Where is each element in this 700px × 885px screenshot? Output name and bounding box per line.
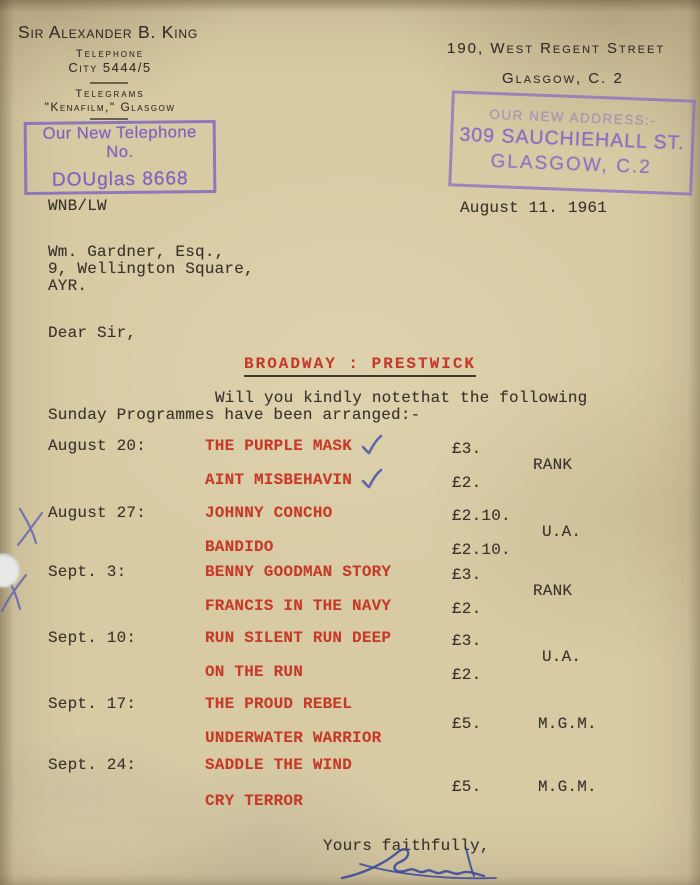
film-title: CRY TERROR [205,792,303,810]
new-telephone-stamp: Our New Telephone No. DOUglas 8668 [24,120,217,195]
telegrams-value: "Kenafilm," Glasgow [25,100,195,114]
programme-date: Sept. 10: [48,629,136,647]
distributor-label: M.G.M. [538,715,597,733]
film-price: £5. [452,778,481,796]
film-title: JOHNNY CONCHO [205,504,332,522]
distributor-label: RANK [533,582,572,600]
check-icon [360,468,384,490]
film-title: FRANCIS IN THE NAVY [205,597,391,615]
new-address-stamp: OUR NEW ADDRESS:- 309 SAUCHIEHALL ST. GL… [448,90,696,195]
distributor-label: RANK [533,456,572,474]
film-price: £2. [452,600,481,618]
film-title: UNDERWATER WARRIOR [205,729,381,747]
film-price: £5. [452,715,481,733]
stamp-line: Our New Telephone No. [27,123,213,163]
letterhead-rule-top [90,82,128,84]
recipient-street: 9, Wellington Square, [48,260,254,278]
reference-code: WNB/LW [48,197,107,215]
distributor-label: U.A. [542,648,581,666]
telephone-number: City 5444/5 [45,60,175,75]
programme-entry: August 20: THE PURPLE MASK £3. AINT MISB… [48,437,668,509]
distributor-label: M.G.M. [538,778,597,796]
film-title: THE PURPLE MASK [205,437,352,455]
film-title: BENNY GOODMAN STORY [205,563,391,581]
film-price: £3. [452,566,481,584]
film-price: £3. [452,440,481,458]
programme-date: Sept. 24: [48,756,136,774]
programme-entry: Sept. 24: SADDLE THE WIND CRY TERROR £5.… [48,756,668,828]
letter-scan: Sir Alexander B. King Telephone City 544… [0,0,700,885]
letterhead-address-line1: 190, West Regent Street [447,40,665,57]
film-price: £2.10. [452,541,511,559]
film-title: RUN SILENT RUN DEEP [205,629,391,647]
signature [338,842,514,885]
film-title: AINT MISBEHAVIN [205,471,352,489]
programme-date: August 20: [48,437,146,455]
programme-date: August 27: [48,504,146,522]
programme-entry: Sept. 3: BENNY GOODMAN STORY £3. FRANCIS… [48,563,668,635]
body-line-2: Sunday Programmes have been arranged:- [48,406,420,424]
film-title: ON THE RUN [205,663,303,681]
letter-date: August 11. 1961 [460,199,607,217]
check-icon [360,434,384,456]
recipient-town: AYR. [48,277,87,295]
body-line-1: Will you kindly notethat the following [215,389,587,407]
film-price: £2.10. [452,507,511,525]
film-price: £3. [452,632,481,650]
film-price: £2. [452,474,481,492]
programme-date: Sept. 3: [48,563,126,581]
telephone-label: Telephone [55,48,165,60]
programme-date: Sept. 17: [48,695,136,713]
salutation: Dear Sir, [48,324,136,342]
stamp-line: DOUglas 8668 [52,168,189,191]
film-title: BANDIDO [205,538,274,556]
recipient-name: Wm. Gardner, Esq., [48,243,224,261]
subject-heading: BROADWAY : PRESTWICK [244,355,476,377]
letterhead-address-line2: Glasgow, C. 2 [502,70,624,87]
film-price: £2. [452,666,481,684]
programme-entry: Sept. 10: RUN SILENT RUN DEEP £3. ON THE… [48,629,668,701]
film-title: SADDLE THE WIND [205,756,352,774]
film-title: THE PROUD REBEL [205,695,352,713]
stamp-line: GLASGOW, C.2 [490,151,652,179]
distributor-label: U.A. [542,523,581,541]
x-mark-icon [16,503,50,549]
letterhead-rule-bottom [90,118,128,120]
letterhead-name: Sir Alexander B. King [18,22,198,43]
telegrams-label: Telegrams [55,88,165,100]
